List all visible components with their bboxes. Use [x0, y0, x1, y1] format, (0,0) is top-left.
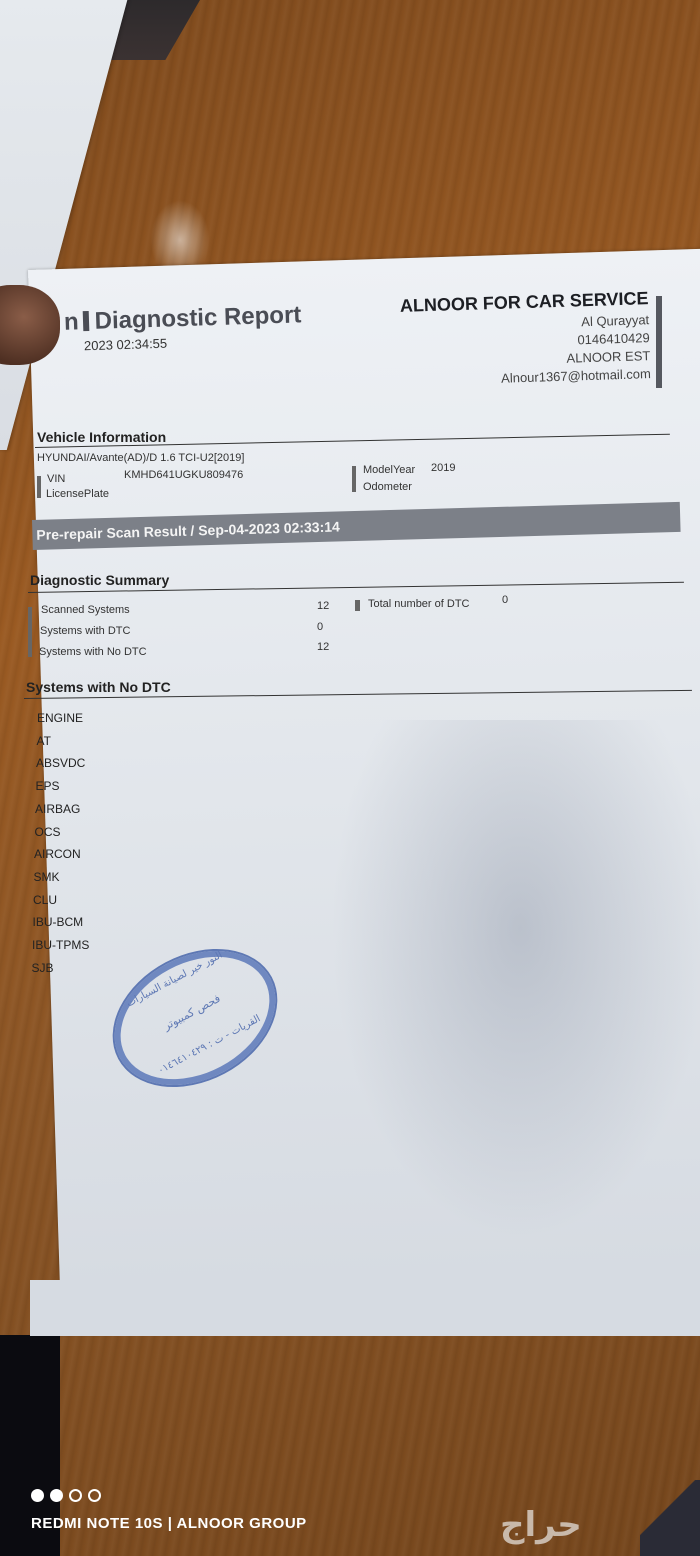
- vehicle-model: HYUNDAI/Avante(AD)/D 1.6 TCI-U2[2019]: [37, 452, 244, 464]
- model-year-value: 2019: [431, 462, 455, 474]
- camera-watermark-text: REDMI NOTE 10S | ALNOOR GROUP: [31, 1515, 307, 1532]
- title-bar-divider: [82, 311, 89, 331]
- shop-accent-bar: [656, 296, 662, 388]
- system-list-item: OCS: [35, 825, 61, 839]
- systems-with-dtc-value: 0: [317, 621, 323, 633]
- shop-info: ALNOOR FOR CAR SERVICE Al Qurayyat 01464…: [400, 288, 651, 389]
- paper-bottom-fill: [30, 1280, 700, 1336]
- watermark-dot: [88, 1489, 101, 1502]
- system-list-item: AIRCON: [34, 847, 81, 861]
- report-title-text: Diagnostic Report: [94, 301, 301, 334]
- report-title-prefix: n: [64, 308, 80, 335]
- model-year-label-bar: [352, 466, 356, 492]
- systems-with-dtc-label: Systems with DTC: [40, 625, 130, 637]
- system-list-item: ABSVDC: [36, 756, 85, 770]
- system-list-item: IBU-BCM: [33, 915, 84, 929]
- system-list-item: ENGINE: [37, 711, 83, 725]
- scanned-systems-value: 12: [317, 600, 329, 612]
- total-dtc-label: Total number of DTC: [368, 598, 469, 610]
- vin-label-bar: [37, 476, 41, 498]
- system-list-item: IBU-TPMS: [32, 938, 89, 952]
- system-list-item: AT: [37, 734, 51, 748]
- systems-no-dtc-value: 12: [317, 641, 329, 653]
- camera-watermark-dots: [31, 1489, 101, 1502]
- summary-label-bar: [28, 607, 32, 657]
- model-year-label: ModelYear: [363, 464, 415, 476]
- watermark-dot: [50, 1489, 63, 1502]
- license-plate-label: LicensePlate: [46, 488, 109, 500]
- vin-value: KMHD641UGKU809476: [124, 469, 243, 481]
- system-list-item: SMK: [34, 870, 60, 884]
- odometer-label: Odometer: [363, 481, 412, 493]
- watermark-dot: [69, 1489, 82, 1502]
- paper-surface: [28, 248, 700, 1334]
- report-sheet: nDiagnostic Report 2023 02:34:55 ALNOOR …: [0, 0, 700, 1556]
- watermark-dot: [31, 1489, 44, 1502]
- vehicle-info-heading: Vehicle Information: [37, 429, 166, 445]
- report-timestamp: 2023 02:34:55: [84, 336, 168, 354]
- vin-label: VIN: [47, 473, 65, 485]
- scanned-systems-label: Scanned Systems: [41, 604, 130, 616]
- diagnostic-summary-heading: Diagnostic Summary: [30, 572, 169, 588]
- total-dtc-label-bar: [355, 600, 360, 611]
- system-list-item: EPS: [36, 779, 60, 793]
- systems-no-dtc-heading: Systems with No DTC: [26, 679, 171, 695]
- haraj-logo: حراج: [500, 1505, 582, 1545]
- systems-no-dtc-label: Systems with No DTC: [39, 646, 147, 658]
- system-list-item: SJB: [32, 961, 54, 975]
- total-dtc-value: 0: [502, 594, 508, 606]
- system-list-item: CLU: [33, 893, 57, 907]
- system-list-item: AIRBAG: [35, 802, 80, 816]
